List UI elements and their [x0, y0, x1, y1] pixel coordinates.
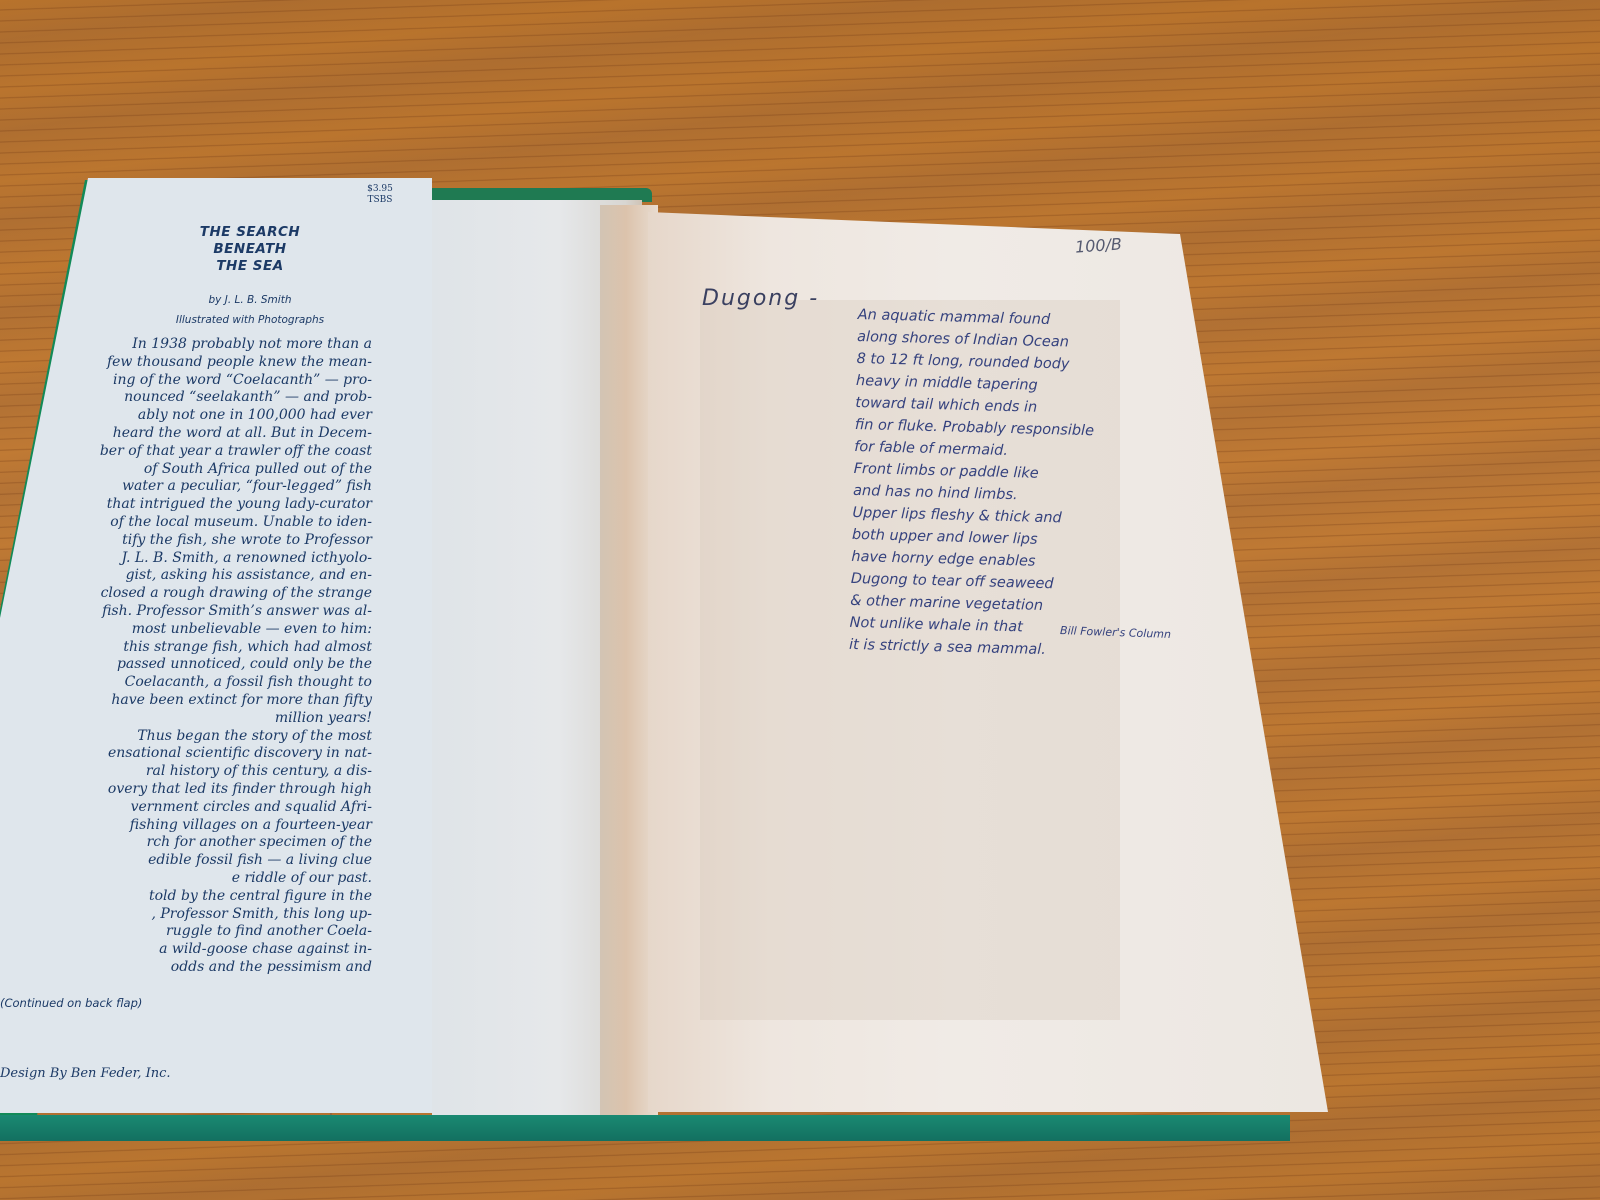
price-label: $3.95 TSBS — [360, 184, 400, 206]
handwritten-note: An aquatic mammal found along shores of … — [849, 304, 1097, 662]
book-board-bottom — [0, 1115, 1290, 1141]
byline: by J. L. B. Smith Illustrated with Photo… — [150, 290, 350, 330]
subtitle: Illustrated with Photographs — [150, 310, 350, 330]
dust-jacket-flap: $3.95 TSBS THE SEARCH BENEATH THE SEA by… — [0, 178, 432, 1113]
price-code: TSBS — [360, 195, 400, 206]
page-mark: 100/B — [1074, 234, 1122, 256]
title-line: THE SEARCH — [190, 224, 310, 241]
title-line: THE SEA — [190, 258, 310, 275]
price: $3.95 — [360, 184, 400, 195]
flap-blurb: In 1938 probably not more than a few tho… — [0, 336, 372, 977]
book-title: THE SEARCH BENEATH THE SEA — [190, 224, 310, 275]
author: by J. L. B. Smith — [150, 290, 350, 310]
design-credit: Design By Ben Feder, Inc. — [0, 1066, 171, 1081]
title-line: BENEATH — [190, 241, 310, 258]
note-heading: Dugong - — [702, 286, 819, 311]
continued-note: (Continued on back flap) — [0, 996, 142, 1010]
